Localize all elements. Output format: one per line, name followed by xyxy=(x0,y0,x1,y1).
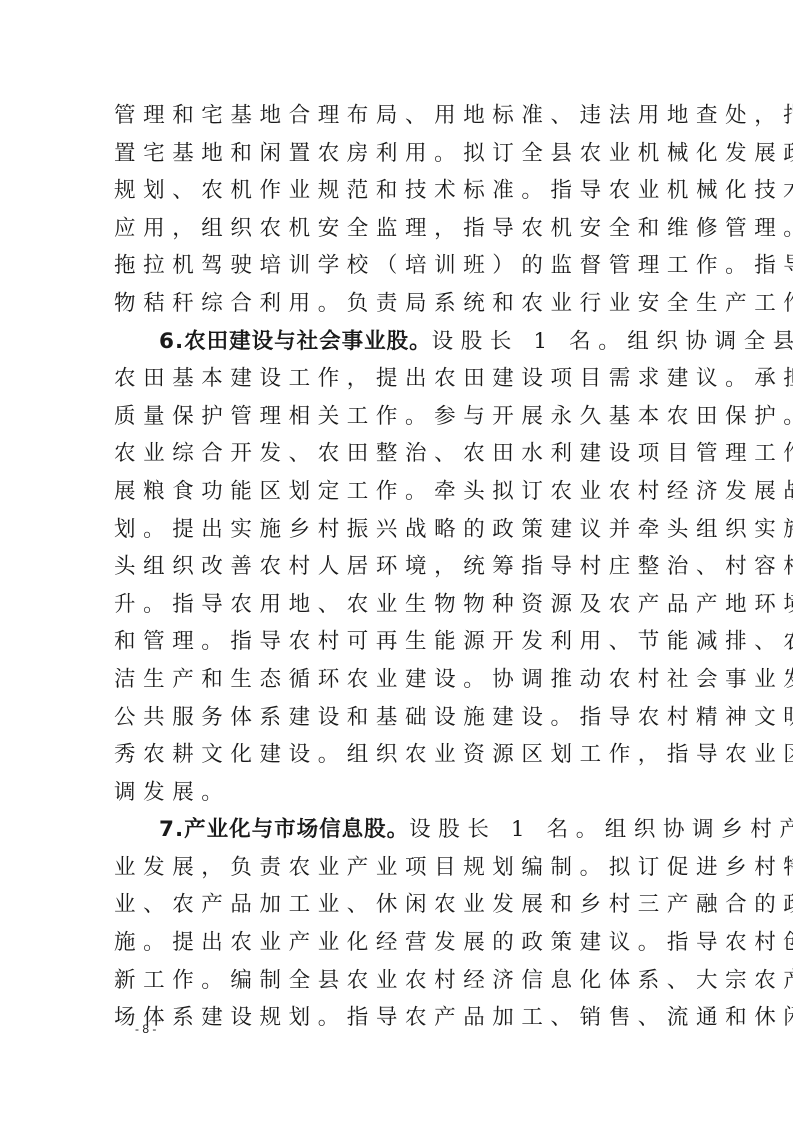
text-line: 头组织改善农村人居环境，统筹指导村庄整治、村容村貌提 xyxy=(114,548,676,586)
text-line: 秀农耕文化建设。组织农业资源区划工作，指导农业区域协 xyxy=(114,736,676,774)
text-line: 应用，组织农机安全监理，指导农机安全和维修管理。负责 xyxy=(114,210,676,248)
text-line: 和管理。指导农村可再生能源开发利用、节能减排、农业清 xyxy=(114,623,676,661)
page-number: - 8 - xyxy=(135,1022,156,1036)
text-line: 拖拉机驾驶培训学校（培训班）的监督管理工作。指导农作 xyxy=(114,247,676,285)
text-line: 业发展，负责农业产业项目规划编制。拟订促进乡村特色产 xyxy=(114,849,676,887)
text-line: 农田基本建设工作，提出农田建设项目需求建议。承担耕地 xyxy=(114,360,676,398)
text-line: 调发展。 xyxy=(114,774,676,812)
text-line: 规划、农机作业规范和技术标准。指导农业机械化技术推广 xyxy=(114,172,676,210)
text-line: 公共服务体系建设和基础设施建设。指导农村精神文明和优 xyxy=(114,699,676,737)
text-line: 升。指导农用地、农业生物物种资源及农产品产地环境保护 xyxy=(114,586,676,624)
text-line: 施。提出农业产业化经营发展的政策建议。指导农村创业创 xyxy=(114,924,676,962)
section-6-first-line: 6.农田建设与社会事业股。设股长 1 名。组织协调全县 xyxy=(114,323,676,361)
section-7-heading: 7.产业化与市场信息股。 xyxy=(159,817,409,842)
text-line: 划。提出实施乡村振兴战略的政策建议并牵头组织实施。牵 xyxy=(114,511,676,549)
text-line: 质量保护管理相关工作。参与开展永久基本农田保护。承担 xyxy=(114,398,676,436)
section-6-intro: 设股长 1 名。组织协调全县 xyxy=(432,329,793,354)
text-line: 洁生产和生态循环农业建设。协调推动农村社会事业发展、 xyxy=(114,661,676,699)
text-line: 管理和宅基地合理布局、用地标准、违法用地查处，指导闲 xyxy=(114,97,676,135)
body-text: 管理和宅基地合理布局、用地标准、违法用地查处，指导闲 置宅基地和闲置农房利用。拟… xyxy=(114,97,676,1037)
text-line: 置宅基地和闲置农房利用。拟订全县农业机械化发展政策和 xyxy=(114,135,676,173)
text-line: 新工作。编制全县农业农村经济信息化体系、大宗农产品市 xyxy=(114,962,676,1000)
section-7-intro: 设股长 1 名。组织协调乡村产 xyxy=(409,817,793,842)
text-line: 物秸秆综合利用。负责局系统和农业行业安全生产工作。 xyxy=(114,285,676,323)
section-7-first-line: 7.产业化与市场信息股。设股长 1 名。组织协调乡村产 xyxy=(114,811,676,849)
text-line: 场体系建设规划。指导农产品加工、销售、流通和休闲农业 xyxy=(114,999,676,1037)
text-line: 展粮食功能区划定工作。牵头拟订农业农村经济发展战略规 xyxy=(114,473,676,511)
text-line: 业、农产品加工业、休闲农业发展和乡村三产融合的政策措 xyxy=(114,886,676,924)
document-page: 管理和宅基地合理布局、用地标准、违法用地查处，指导闲 置宅基地和闲置农房利用。拟… xyxy=(0,0,793,1122)
section-6-heading: 6.农田建设与社会事业股。 xyxy=(159,329,432,354)
text-line: 农业综合开发、农田整治、农田水利建设项目管理工作。开 xyxy=(114,435,676,473)
